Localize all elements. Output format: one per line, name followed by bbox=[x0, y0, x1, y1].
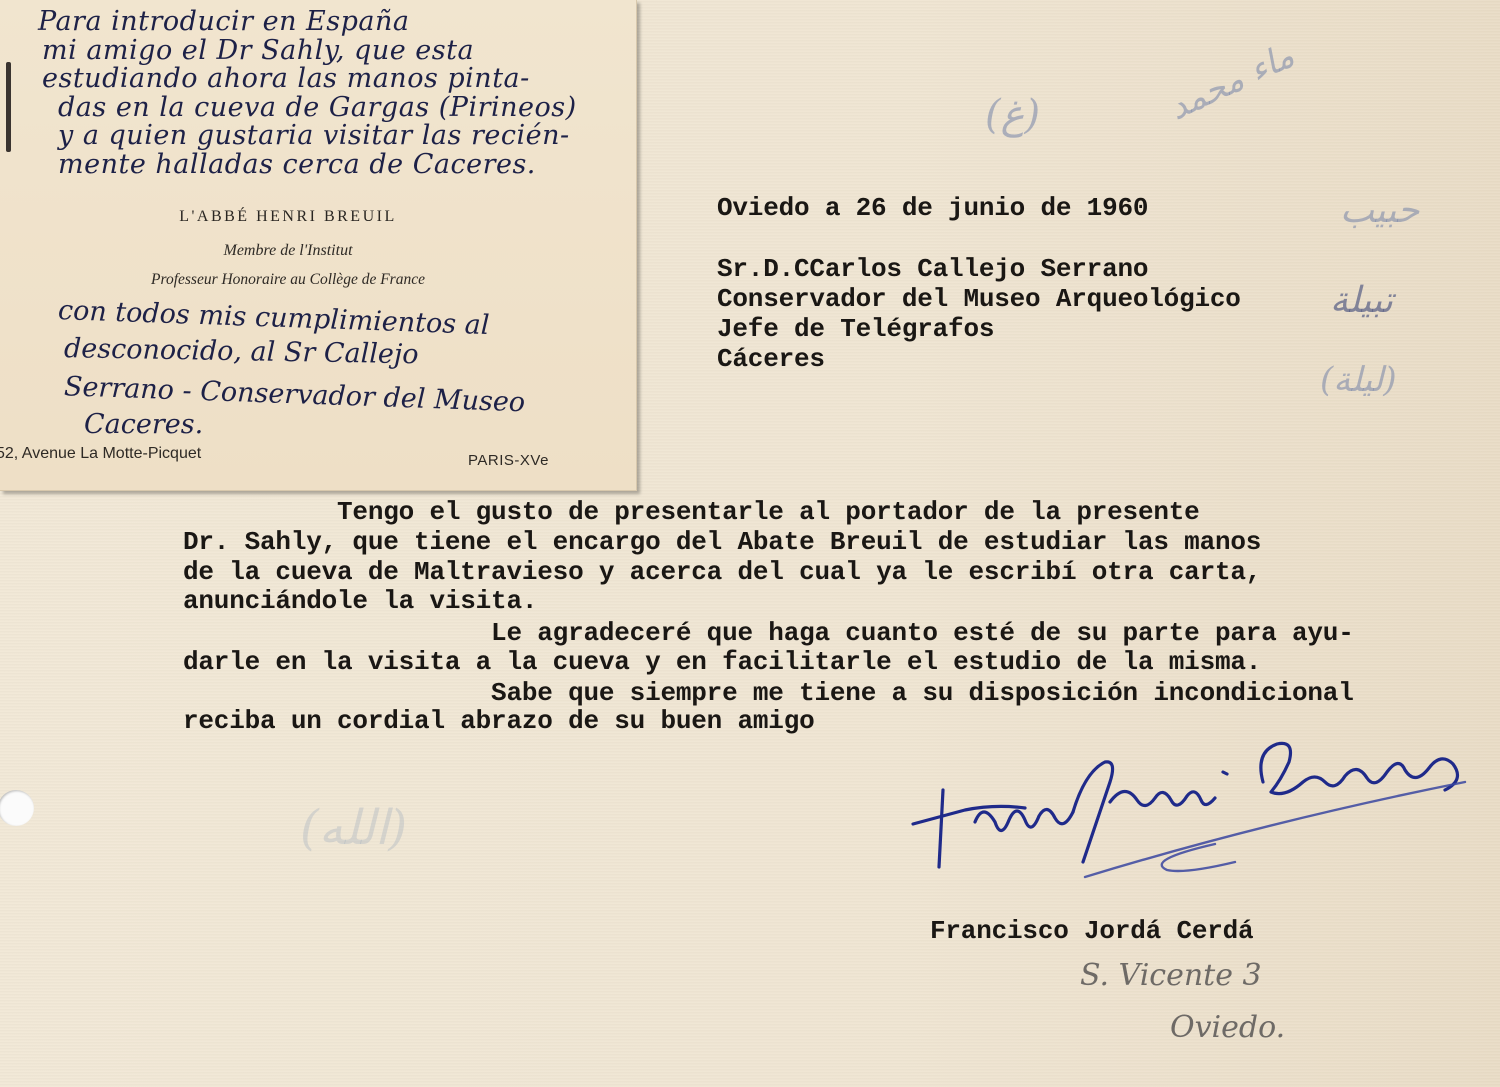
body-line: Tengo el gusto de presentarle al portado… bbox=[183, 497, 1200, 527]
staple bbox=[6, 62, 11, 152]
signature-scrawl-icon bbox=[905, 712, 1495, 882]
handwritten-line: mente halladas cerca de Caceres. bbox=[38, 151, 577, 180]
recipient-line: Jefe de Telégrafos bbox=[717, 314, 994, 344]
card-handwritten-note-top: Para introducir en España mi amigo el Dr… bbox=[38, 8, 577, 179]
body-line: anunciándole la visita. bbox=[183, 586, 537, 616]
body-line: Le agradeceré que haga cuanto esté de su… bbox=[183, 618, 1354, 648]
handwritten-line: y a quien gustaria visitar las recién- bbox=[38, 122, 577, 151]
marginal-note-4: تبيلة bbox=[1330, 280, 1393, 321]
body-line: Sabe que siempre me tiene a su disposici… bbox=[183, 678, 1354, 708]
signature bbox=[905, 712, 1495, 887]
marginal-note-1: (غ) bbox=[985, 92, 1040, 138]
card-city: PARIS-XVe bbox=[468, 452, 549, 469]
body-line: darle en la visita a la cueva y en facil… bbox=[183, 647, 1261, 677]
card-handwritten-note-bottom: con todos mis cumplimientos al desconoci… bbox=[58, 292, 525, 444]
recipient-line: Cáceres bbox=[717, 344, 825, 374]
handwritten-line: estudiando ahora las manos pinta- bbox=[38, 65, 577, 94]
pencil-address-city: Oviedo. bbox=[1170, 1010, 1285, 1045]
body-line: reciba un cordial abrazo de su buen amig… bbox=[183, 706, 815, 736]
handwritten-line: mi amigo el Dr Sahly, que esta bbox=[38, 37, 577, 66]
marginal-note-3: حبيب bbox=[1340, 190, 1419, 231]
marginal-note-5: (ليلة) bbox=[1320, 360, 1397, 400]
body-line: de la cueva de Maltravieso y acerca del … bbox=[183, 557, 1261, 587]
body-line: Dr. Sahly, que tiene el encargo del Abat… bbox=[183, 527, 1261, 557]
visiting-card: Para introducir en España mi amigo el Dr… bbox=[0, 0, 637, 491]
card-title-college: Professeur Honoraire au Collège de Franc… bbox=[0, 271, 636, 289]
letter-date: Oviedo a 26 de junio de 1960 bbox=[717, 193, 1148, 223]
typed-signatory-name: Francisco Jordá Cerdá bbox=[930, 916, 1253, 946]
card-printed-name: L'ABBÉ HENRI BREUIL bbox=[0, 208, 636, 226]
faint-pencil-note: (الله) bbox=[300, 800, 407, 856]
recipient-line: Sr.D.CCarlos Callejo Serrano bbox=[717, 254, 1148, 284]
handwritten-line: Para introducir en España bbox=[38, 8, 577, 37]
pencil-address-street: S. Vicente 3 bbox=[1080, 958, 1262, 993]
card-title-institut: Membre de l'Institut bbox=[0, 242, 636, 260]
card-address: 52, Avenue La Motte-Picquet bbox=[0, 445, 201, 463]
recipient-line: Conservador del Museo Arqueológico bbox=[717, 284, 1241, 314]
handwritten-line: desconocido, al Sr Callejo bbox=[58, 330, 526, 376]
handwritten-line: das en la cueva de Gargas (Pirineos) bbox=[38, 94, 577, 123]
